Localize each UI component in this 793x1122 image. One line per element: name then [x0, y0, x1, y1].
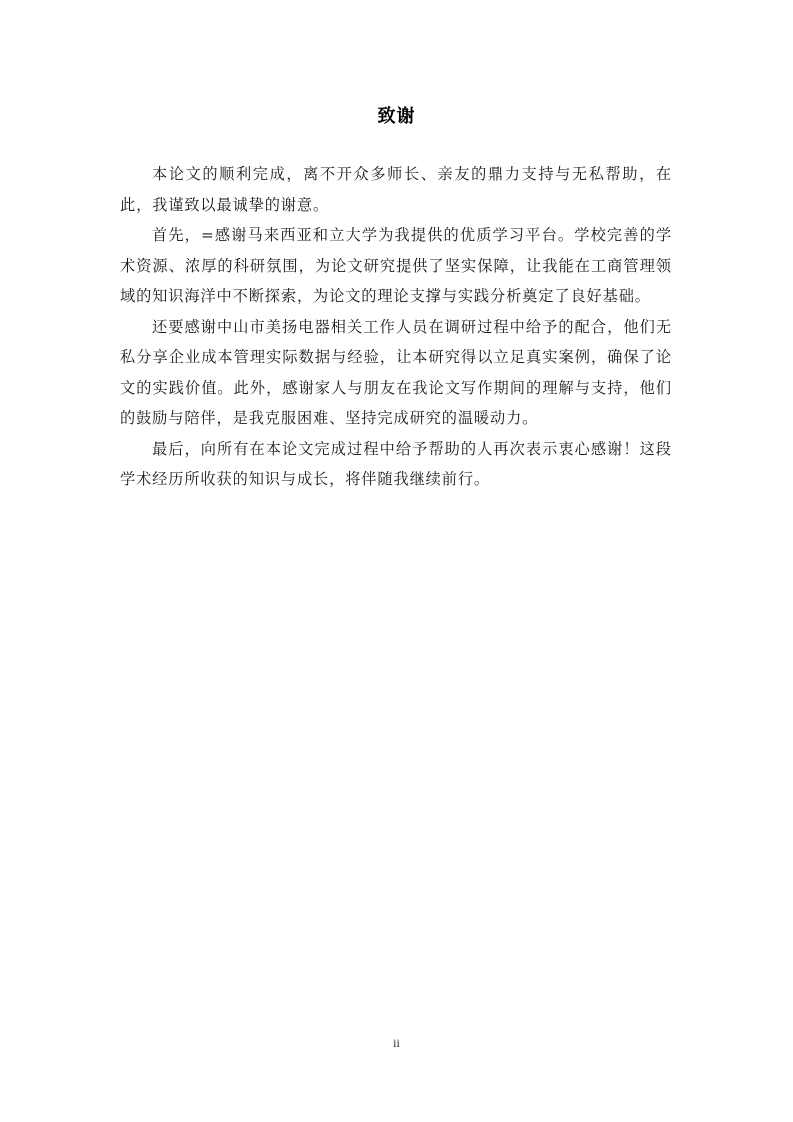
paragraph-3: 还要感谢中山市美扬电器相关工作人员在调研过程中给予的配合，他们无私分享企业成本管…: [120, 312, 672, 434]
page-title: 致谢: [0, 103, 793, 131]
document-page: 致谢 本论文的顺利完成，离不开众多师长、亲友的鼎力支持与无私帮助，在此，我谨致以…: [0, 0, 793, 1122]
paragraph-2: 首先，=感谢马来西亚和立大学为我提供的优质学习平台。学校完善的学术资源、浓厚的科…: [120, 220, 672, 312]
acknowledgement-body: 本论文的顺利完成，离不开众多师长、亲友的鼎力支持与无私帮助，在此，我谨致以最诚挚…: [120, 159, 672, 495]
paragraph-4: 最后，向所有在本论文完成过程中给予帮助的人再次表示衷心感谢！这段学术经历所收获的…: [120, 434, 672, 495]
paragraph-1: 本论文的顺利完成，离不开众多师长、亲友的鼎力支持与无私帮助，在此，我谨致以最诚挚…: [120, 159, 672, 220]
page-number: ii: [0, 1035, 793, 1051]
